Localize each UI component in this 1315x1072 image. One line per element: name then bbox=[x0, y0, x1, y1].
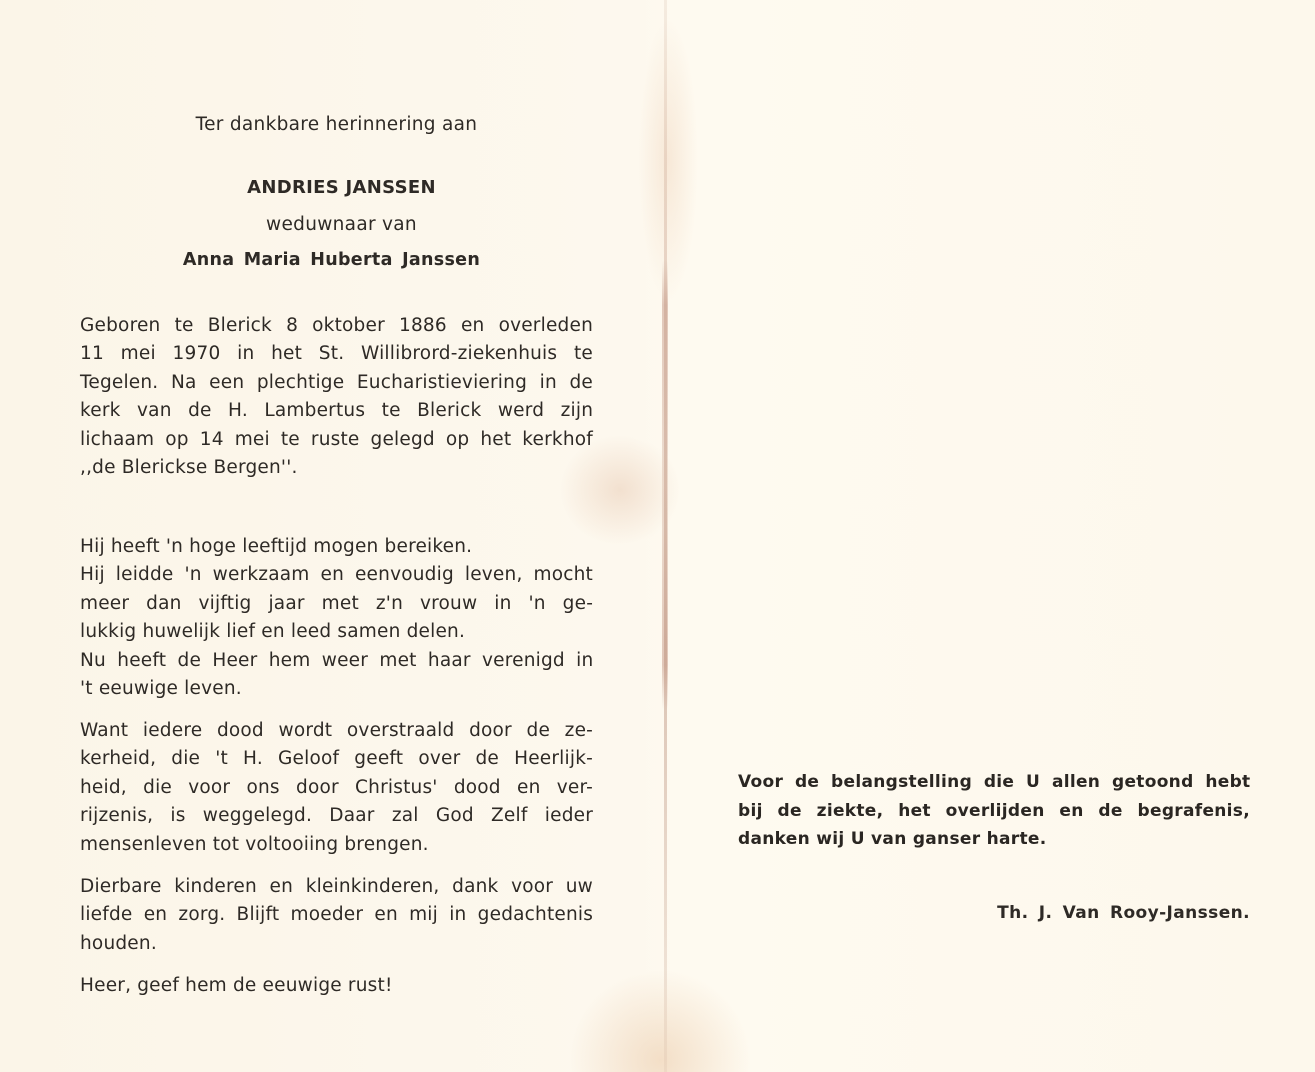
text-line: houden. bbox=[80, 930, 593, 958]
life-paragraph: Hij heeft 'n hoge leeftijd mogen bereike… bbox=[80, 533, 593, 703]
text-line: ,,de Blerickse Bergen''. bbox=[80, 454, 593, 482]
text-line: mensenleven tot voltooiing brengen. bbox=[80, 831, 593, 859]
text-line: Voor de belangstelling die U allen getoo… bbox=[738, 768, 1250, 797]
biography-paragraph: Geboren te Blerick 8 oktober 1886 en ove… bbox=[80, 312, 593, 482]
text-line: lichaam op 14 mei te ruste gelegd op het… bbox=[80, 426, 593, 454]
prayer-line: Heer, geef hem de eeuwige rust! bbox=[80, 972, 593, 1000]
text-line: Want iedere dood wordt overstraald door … bbox=[80, 717, 593, 745]
faith-paragraph: Want iedere dood wordt overstraald door … bbox=[80, 717, 593, 859]
deceased-name: ANDRIES JANSSEN bbox=[85, 177, 598, 198]
text-line: lukkig huwelijk lief en leed samen delen… bbox=[80, 618, 593, 646]
text-line: Heer, geef hem de eeuwige rust! bbox=[80, 972, 593, 1000]
memorial-card: Ter dankbare herinnering aan ANDRIES JAN… bbox=[0, 0, 1315, 1072]
text-line: bij de ziekte, het overlijden en de begr… bbox=[738, 797, 1250, 826]
text-line: meer dan vijftig jaar met z'n vrouw in '… bbox=[80, 590, 593, 618]
text-line: kerk van de H. Lambertus te Blerick werd… bbox=[80, 397, 593, 425]
text-line: 't eeuwige leven. bbox=[80, 675, 593, 703]
text-line: danken wij U van ganser harte. bbox=[738, 825, 1250, 854]
text-line: liefde en zorg. Blijft moeder en mij in … bbox=[80, 901, 593, 929]
text-line: Nu heeft de Heer hem weer met haar veren… bbox=[80, 647, 593, 675]
text-line: heid, die voor ons door Christus' dood e… bbox=[80, 774, 593, 802]
text-line: Geboren te Blerick 8 oktober 1886 en ove… bbox=[80, 312, 593, 340]
text-line: Hij heeft 'n hoge leeftijd mogen bereike… bbox=[80, 533, 593, 561]
text-line: 11 mei 1970 in het St. Willibrord-zieken… bbox=[80, 340, 593, 368]
intro-text: Ter dankbare herinnering aan bbox=[80, 114, 593, 135]
text-line: Tegelen. Na een plechtige Eucharistievie… bbox=[80, 369, 593, 397]
text-line: Dierbare kinderen en kleinkinderen, dank… bbox=[80, 873, 593, 901]
text-line: rijzenis, is weggelegd. Daar zal God Zel… bbox=[80, 802, 593, 830]
text-line: Hij leidde 'n werkzaam en eenvoudig leve… bbox=[80, 561, 593, 589]
family-paragraph: Dierbare kinderen en kleinkinderen, dank… bbox=[80, 873, 593, 958]
spouse-name: Anna Maria Huberta Janssen bbox=[75, 250, 588, 270]
text-line: kerheid, die 't H. Geloof geeft over de … bbox=[80, 745, 593, 773]
relation-text: weduwnaar van bbox=[85, 214, 598, 235]
signature: Th. J. Van Rooy-Janssen. bbox=[997, 903, 1250, 923]
thanks-paragraph: Voor de belangstelling die U allen getoo… bbox=[738, 768, 1250, 854]
crease-stain bbox=[662, 260, 668, 710]
